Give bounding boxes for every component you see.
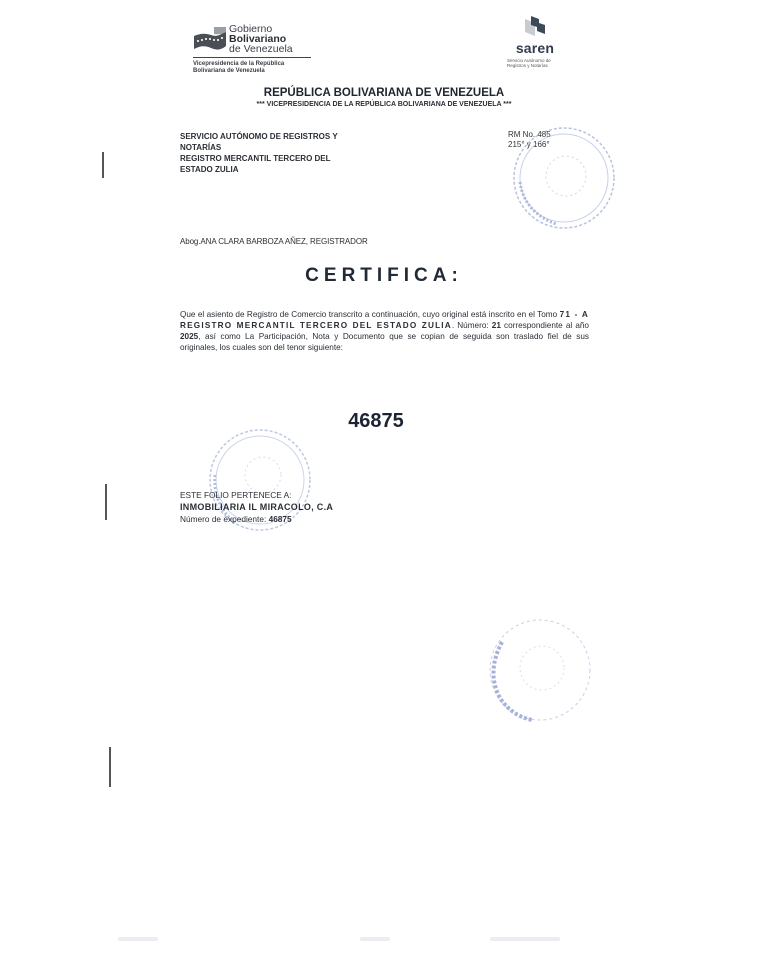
registry-year: 2025: [180, 332, 198, 341]
saren-logo: saren Servicio Autónomo de Registros y N…: [505, 16, 565, 76]
vicepresidencia-caption: Vicepresidencia de la República Bolivari…: [193, 61, 284, 75]
document-subtitle: *** VICEPRESIDENCIA DE LA REPÚBLICA BOLI…: [0, 101, 768, 108]
expediente-line: Número de expediente: 46875: [180, 513, 333, 525]
saren-wordmark: saren: [505, 40, 565, 56]
company-name: INMOBILIARIA IL MIRACOLO, C.A: [180, 501, 333, 513]
expediente-number: 46875: [269, 514, 292, 524]
flag-icon: [193, 26, 227, 52]
certifica-heading: CERTIFICA:: [0, 265, 768, 287]
certification-body: Que el asiento de Registro de Comercio t…: [180, 309, 589, 353]
margin-mark: [102, 152, 104, 178]
footer-smudge: [360, 937, 390, 941]
registrar-name: Abog.ANA CLARA BARBOZA AÑEZ, REGISTRADOR: [180, 237, 368, 246]
footer-smudge: [490, 937, 560, 941]
registry-office: SERVICIO AUTÓNOMO DE REGISTROS Y NOTARÍA…: [180, 131, 338, 175]
logo-divider: [193, 57, 311, 58]
footer-smudge: [118, 937, 158, 941]
gobierno-logo-text: Gobierno Bolivariano de Venezuela: [229, 24, 293, 54]
document-title: REPÚBLICA BOLIVARIANA DE VENEZUELA: [0, 87, 768, 99]
gobierno-bolivariano-logo: Gobierno Bolivariano de Venezuela Vicepr…: [193, 22, 363, 77]
folio-label: ESTE FOLIO PERTENECE A:: [180, 489, 333, 501]
official-seal-top-right: [506, 122, 618, 232]
folio-number: 46875: [0, 410, 752, 433]
saren-mark-icon: [522, 16, 548, 38]
saren-caption: Servicio Autónomo de Registros y Notaría…: [507, 58, 565, 68]
official-seal-bottom-right: [482, 612, 594, 724]
margin-mark: [109, 747, 111, 787]
margin-mark: [105, 484, 107, 520]
folio-owner-block: ESTE FOLIO PERTENECE A: INMOBILIARIA IL …: [180, 489, 333, 525]
registry-number: 21: [492, 321, 501, 330]
